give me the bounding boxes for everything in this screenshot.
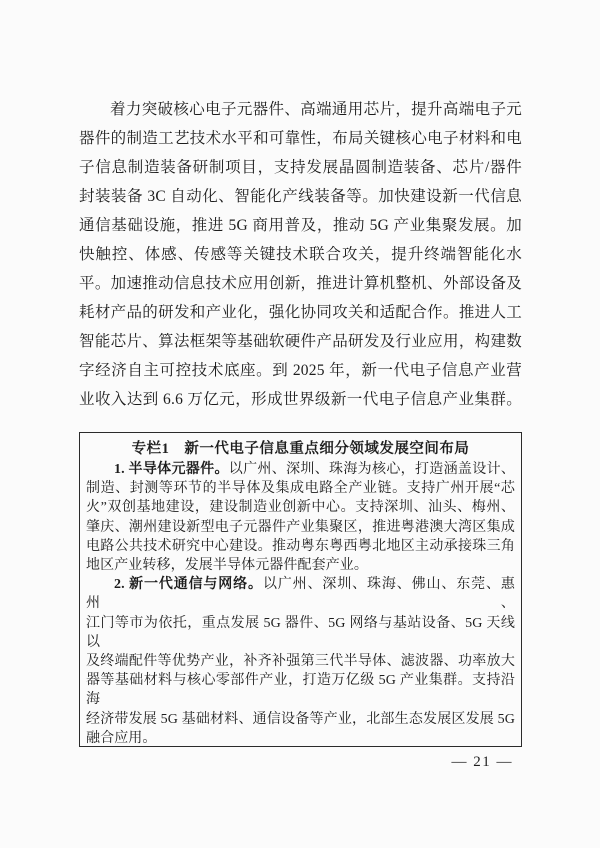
box-item-2-first-line: 2. 新一代通信与网络。以广州、深圳、珠海、佛山、东莞、惠州、 (86, 575, 515, 613)
box-line: 地区产业转移，发展半导体元器件配套产业。 (86, 556, 515, 575)
page-number: — 21 — (452, 754, 514, 771)
body-line: 通信基础设施，推进 5G 商用普及，推动 5G 产业集聚发展。加 (79, 211, 522, 240)
box-line: 经济带发展 5G 基础材料、通信设备等产业，北部生态发展区发展 5G (86, 710, 515, 729)
box-line: 火”双创基地建设，建设制造业创新中心。支持深圳、汕头、梅州、 (86, 498, 515, 517)
box-item-1-heading: 1. 半导体元器件。 (114, 462, 229, 477)
body-line: 器件的制造工艺技术水平和可靠性，布局关键核心电子材料和电 (79, 124, 522, 153)
body-line: 耗材产品的研发和产业化，强化协同攻关和适配合作。推进人工 (79, 298, 522, 327)
box-item-1-text: 以广州、深圳、珠海为核心，打造涵盖设计、 (229, 462, 515, 477)
body-line: 业收入达到 6.6 万亿元，形成世界级新一代电子信息产业集群。 (79, 385, 522, 414)
column-box: 专栏1 新一代电子信息重点细分领域发展空间布局 1. 半导体元器件。以广州、深圳… (79, 432, 522, 747)
box-line: 电路公共技术研究中心建设。推动粤东粤西粤北地区主动承接珠三角 (86, 537, 515, 556)
body-line: 平。加速推动信息技术应用创新，推进计算机整机、外部设备及 (79, 269, 522, 298)
box-item-1-first-line: 1. 半导体元器件。以广州、深圳、珠海为核心，打造涵盖设计、 (86, 460, 515, 479)
body-line: 智能芯片、算法框架等基础软硬件产品研发及行业应用，构建数 (79, 327, 522, 356)
body-line: 子信息制造装备研制项目，支持发展晶圆制造装备、芯片/器件 (79, 153, 522, 182)
box-line: 江门等市为依托，重点发展 5G 器件、5G 网络与基站设备、5G 天线以 (86, 614, 515, 652)
box-item-2-heading: 2. 新一代通信与网络。 (114, 577, 263, 592)
box-line: 及终端配件等优势产业，补齐补强第三代半导体、滤波器、功率放大 (86, 652, 515, 671)
body-line: 字经济自主可控技术底座。到 2025 年，新一代电子信息产业营 (79, 356, 522, 385)
box-line: 融合应用。 (86, 729, 515, 747)
box-line: 制造、封测等环节的半导体及集成电路全产业链。支持广州开展“芯 (86, 479, 515, 498)
box-line: 肇庆、潮州建设新型电子元器件产业集聚区，推进粤港澳大湾区集成 (86, 518, 515, 537)
body-line: 着力突破核心电子元器件、高端通用芯片，提升高端电子元 (79, 95, 522, 124)
body-line: 封装装备 3C 自动化、智能化产线装备等。加快建设新一代信息 (79, 182, 522, 211)
box-title: 专栏1 新一代电子信息重点细分领域发展空间布局 (86, 439, 515, 460)
box-line: 器等基础材料与核心零部件产业，打造万亿级 5G 产业集群。支持沿海 (86, 671, 515, 709)
body-paragraph: 着力突破核心电子元器件、高端通用芯片，提升高端电子元 器件的制造工艺技术水平和可… (79, 95, 522, 414)
document-page: 着力突破核心电子元器件、高端通用芯片，提升高端电子元 器件的制造工艺技术水平和可… (0, 0, 600, 848)
body-line: 快触控、体感、传感等关键技术联合攻关，提升终端智能化水 (79, 240, 522, 269)
